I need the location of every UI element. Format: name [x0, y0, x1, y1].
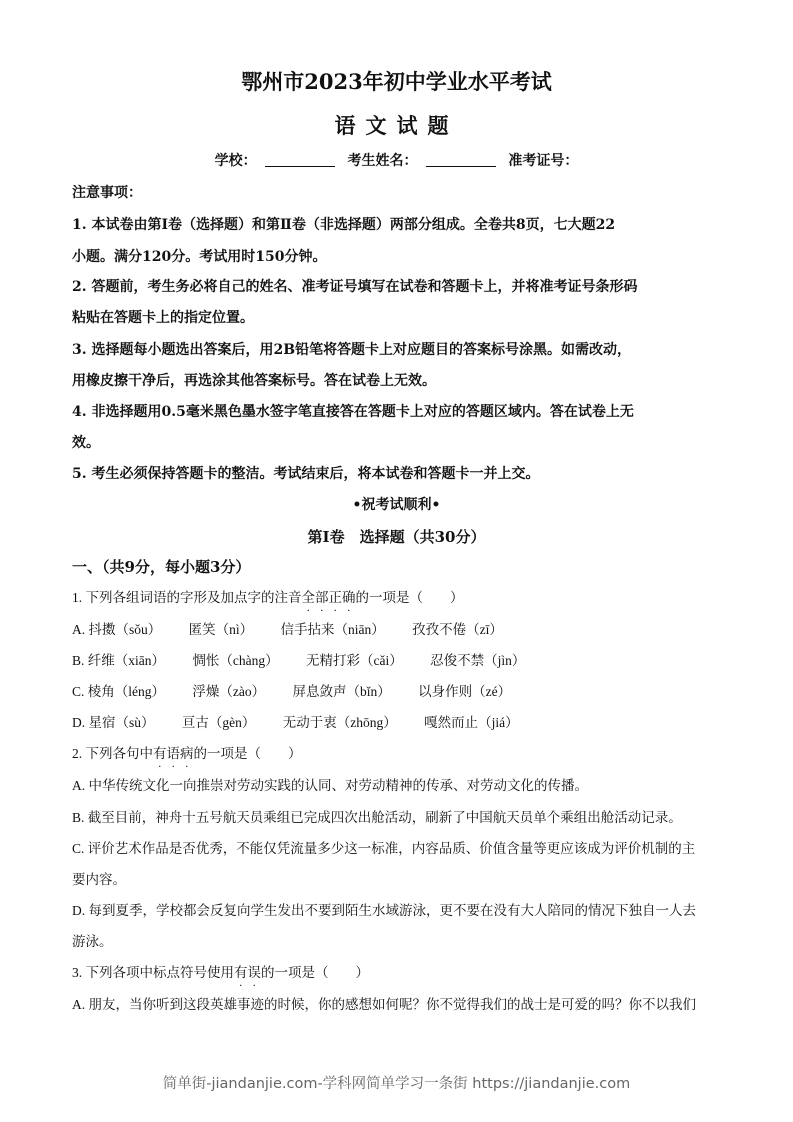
option-item: 无动于衷（zhōng） [283, 715, 397, 730]
part-heading: 一、（共9分，每小题3分） [72, 556, 250, 577]
notice-line: 效。 [72, 432, 100, 452]
option-item: 亘古（gèn） [182, 715, 256, 730]
exam-page: 鄂州市2023年初中学业水平考试 语文试题 学校： 考生姓名： 准考证号： 注意… [0, 0, 793, 1122]
watermark-footer: 简单街-jiandanjie.com-学科网简单学习一条街 https://ji… [0, 1072, 793, 1093]
option-item: 棱角（léng） [88, 684, 165, 699]
question-2-option-a: A. 中华传统文化一向推崇对劳动实践的认同、对劳动精神的传承、对劳动文化的传播。 [72, 774, 588, 794]
name-label: 考生姓名： [348, 153, 418, 169]
option-item: 星宿（sù） [89, 715, 155, 730]
emphasis-char: 全 [302, 590, 316, 605]
option-item: 匿笑（nì） [189, 622, 254, 637]
question-1-stem: 1. 下列各组词语的字形及加点字的注音全部正确的一项是（ ） [72, 586, 464, 606]
question-1-option-d: D. 星宿（sù） 亘古（gèn） 无动于衷（zhōng） 嘎然而止（jiá） [72, 711, 519, 731]
emphasis-char: 误 [248, 965, 262, 980]
question-3-stem: 3. 下列各项中标点符号使用有误的一项是（ ） [72, 961, 369, 981]
option-label: C. [72, 684, 84, 699]
question-1-option-c: C. 棱角（léng） 浮燥（zào） 屏息敛声（bǐn） 以身作则（zé） [72, 680, 511, 700]
option-label: D. [72, 715, 85, 730]
good-luck-wish: •祝考试顺利• [0, 494, 793, 514]
notice-line: 小题。满分120分。考试用时150分钟。 [72, 246, 326, 266]
option-item: 无精打彩（cǎi） [306, 653, 403, 668]
option-label: A. [72, 997, 85, 1012]
option-item: 以身作则（zé） [418, 684, 511, 699]
emphasis-char: 有 [234, 965, 248, 980]
option-text: 截至目前，神舟十五号航天员乘组已完成四次出舱活动，刷新了中国航天员单个乘组出舱活… [88, 810, 682, 825]
option-text: 评价艺术作品是否优秀，不能仅凭流量多少这一标准，内容品质、价值含量等更应该成为评… [88, 841, 696, 856]
notice-heading: 注意事项： [72, 182, 142, 202]
stem-text: 1. 下列各组词语的字形及加点字的注音 [72, 590, 302, 605]
section-title: 第Ⅰ卷 选择题（共30分） [0, 526, 793, 547]
option-text: 朋友，当你听到这段英雄事迹的时候，你的感想如何呢？你不觉得我们的战士是可爱的吗？… [89, 997, 697, 1012]
exam-title: 鄂州市2023年初中学业水平考试 [0, 66, 793, 96]
option-label: B. [72, 810, 84, 825]
notice-line: 3. 选择题每小题选出答案后，用2B铅笔将答题卡上对应题目的答案标号涂黑。如需改… [72, 339, 631, 359]
question-2-stem: 2. 下列各句中有语病的一项是（ ） [72, 742, 302, 762]
stem-text: 的一项是（ ） [261, 965, 369, 980]
option-label: B. [72, 653, 84, 668]
question-2-option-c-cont: 要内容。 [72, 868, 126, 888]
option-text: 每到夏季，学校都会反复向学生发出不要到陌生水域游泳，更不要在没有大人陪同的情况下… [89, 903, 697, 918]
school-label: 学校： [215, 153, 257, 169]
option-item: 屏息敛声（bǐn） [293, 684, 391, 699]
option-item: 忍俊不禁（jìn） [430, 653, 525, 668]
emphasis-char: 部 [315, 590, 329, 605]
stem-text: 3. 下列各项中标点符号使用 [72, 965, 234, 980]
question-3-option-a: A. 朋友，当你听到这段英雄事迹的时候，你的感想如何呢？你不觉得我们的战士是可爱… [72, 993, 696, 1013]
option-label: D. [72, 903, 85, 918]
option-item: 惆怅（chàng） [192, 653, 278, 668]
notice-line: 5. 考生必须保持答题卡的整洁。考试结束后，将本试卷和答题卡一并上交。 [72, 463, 540, 483]
candidate-info: 学校： 考生姓名： 准考证号： [0, 150, 793, 170]
name-blank [426, 152, 496, 167]
question-2-option-d: D. 每到夏季，学校都会反复向学生发出不要到陌生水域游泳，更不要在没有大人陪同的… [72, 899, 696, 919]
school-blank [265, 152, 335, 167]
question-1-option-b: B. 纤维（xiān） 惆怅（chàng） 无精打彩（cǎi） 忍俊不禁（jìn… [72, 649, 525, 669]
option-label: C. [72, 841, 84, 856]
stem-text: 的一项是（ ） [194, 746, 302, 761]
option-label: A. [72, 622, 85, 637]
emphasis-char: 确 [342, 590, 356, 605]
option-item: 孜孜不倦（zī） [412, 622, 503, 637]
stem-text: 2. 下列各句中 [72, 746, 153, 761]
exam-subtitle: 语文试题 [0, 110, 793, 140]
option-item: 嘎然而止（jiá） [424, 715, 519, 730]
option-text: 中华传统文化一向推崇对劳动实践的认同、对劳动精神的传承、对劳动文化的传播。 [89, 778, 589, 793]
notice-line: 粘贴在答题卡上的指定位置。 [72, 307, 254, 327]
emphasis-char: 有 [153, 746, 167, 761]
emphasis-char: 病 [180, 746, 194, 761]
question-2-option-c: C. 评价艺术作品是否优秀，不能仅凭流量多少这一标准，内容品质、价值含量等更应该… [72, 837, 695, 857]
emphasis-char: 语 [167, 746, 181, 761]
option-item: 抖擞（sǒu） [89, 622, 162, 637]
question-2-option-b: B. 截至目前，神舟十五号航天员乘组已完成四次出舱活动，刷新了中国航天员单个乘组… [72, 806, 682, 826]
id-label: 准考证号： [508, 153, 578, 169]
question-2-option-d-cont: 游泳。 [72, 930, 113, 950]
option-label: A. [72, 778, 85, 793]
notice-line: 4. 非选择题用0.5毫米黑色墨水签字笔直接答在答题卡上对应的答题区域内。答在试… [72, 401, 634, 421]
question-1-option-a: A. 抖擞（sǒu） 匿笑（nì） 信手拈来（niān） 孜孜不倦（zī） [72, 618, 503, 638]
option-item: 浮燥（zào） [192, 684, 265, 699]
notice-line: 2. 答题前，考生务必将自己的姓名、准考证号填写在试卷和答题卡上，并将准考证号条… [72, 276, 638, 296]
emphasis-char: 正 [329, 590, 343, 605]
option-item: 纤维（xiān） [88, 653, 165, 668]
option-item: 信手拈来（niān） [281, 622, 385, 637]
stem-text: 的一项是（ ） [356, 590, 464, 605]
notice-line: 1. 本试卷由第Ⅰ卷（选择题）和第Ⅱ卷（非选择题）两部分组成。全卷共8页，七大题… [72, 214, 615, 234]
notice-line: 用橡皮擦干净后，再选涂其他答案标号。答在试卷上无效。 [72, 370, 436, 390]
